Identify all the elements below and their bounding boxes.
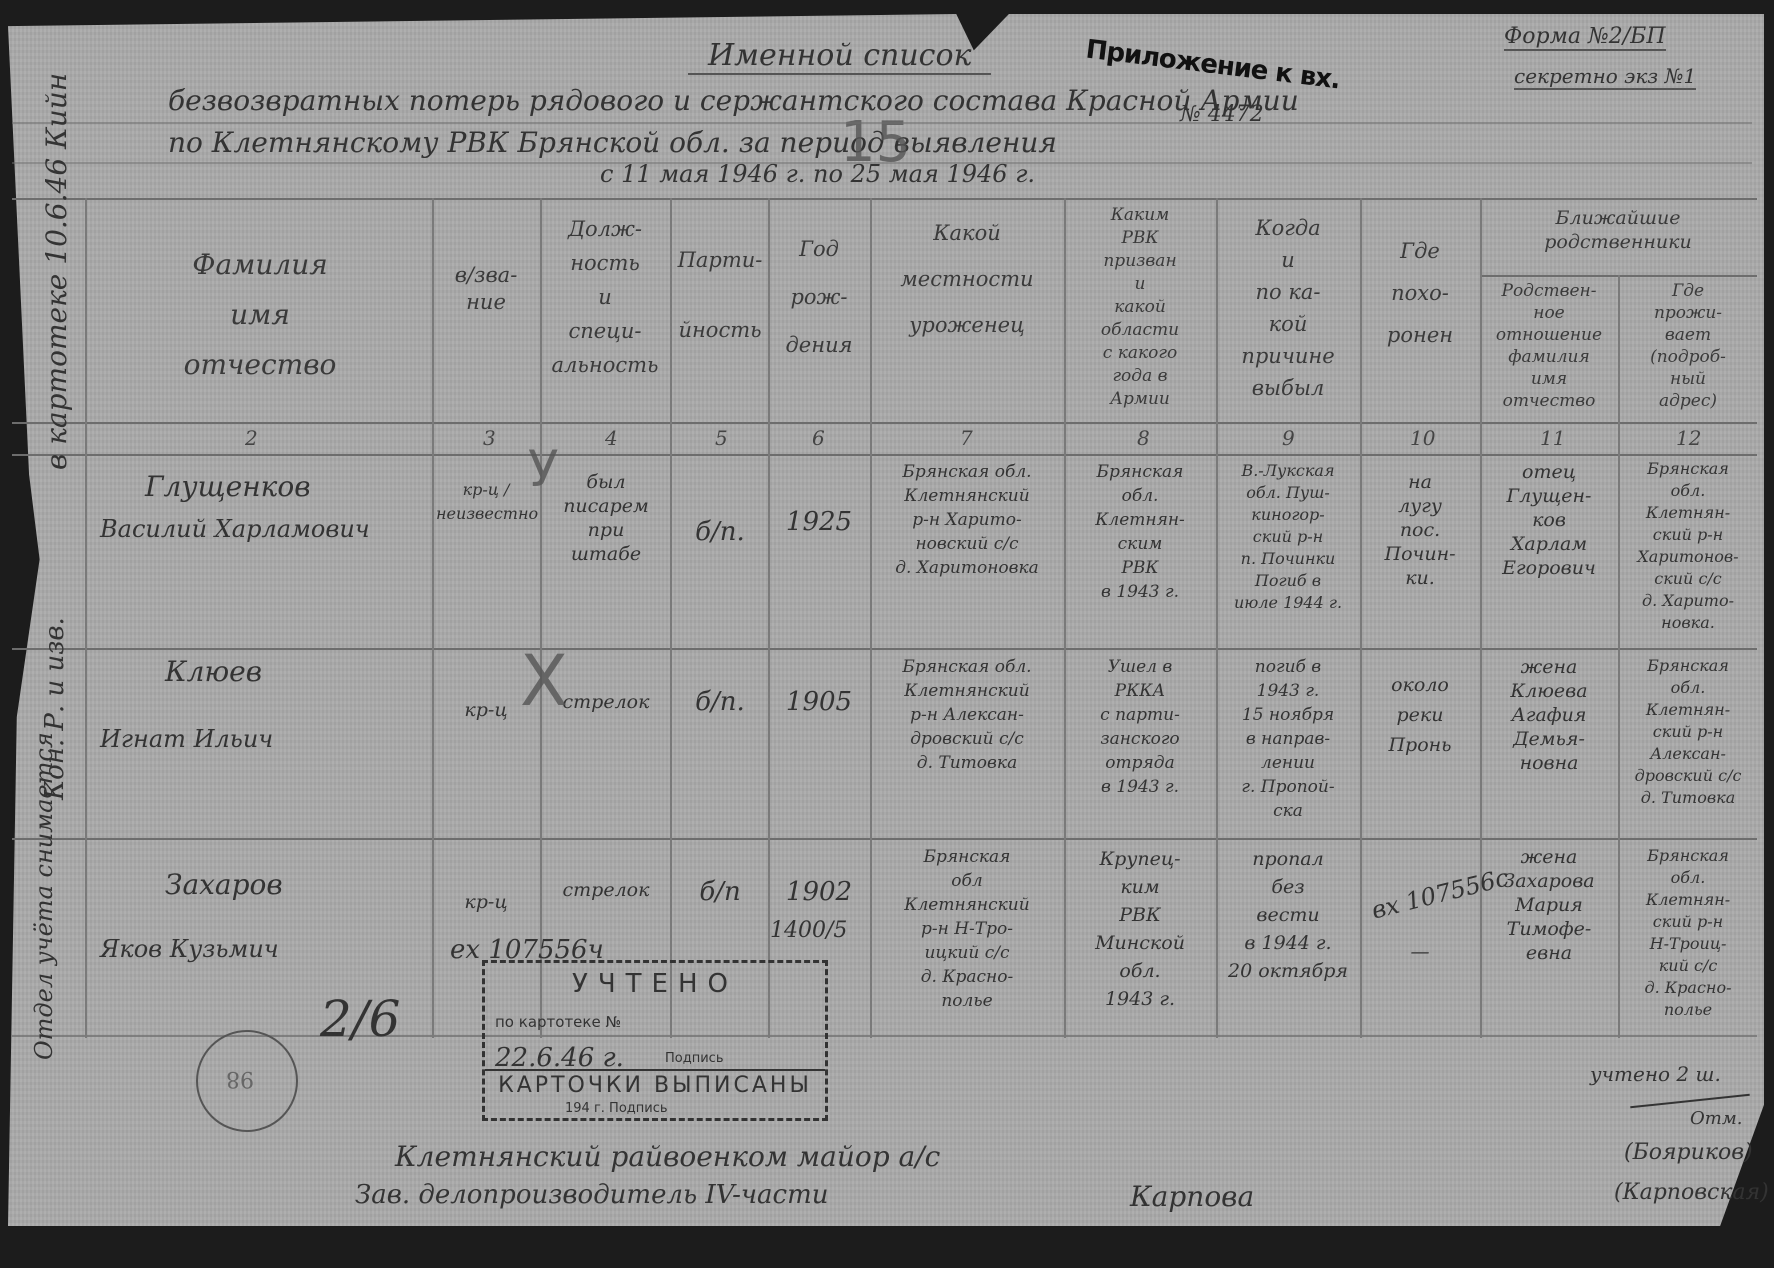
column-header-name: Фамилия имя отчество bbox=[100, 240, 420, 390]
right-note-mark: Отм. bbox=[1690, 1108, 1742, 1129]
row-birthplace: Брянская обл. Клетнянский р-н Харито- но… bbox=[872, 460, 1062, 580]
row-birthplace: Брянская обл. Клетнянский р-н Алексан- д… bbox=[872, 655, 1062, 775]
row-buried: на лугу пос. Почин- ки. bbox=[1362, 470, 1478, 590]
column-header-buried: Где похо- ронен bbox=[1362, 230, 1478, 356]
row-surname: Клюев bbox=[165, 655, 262, 688]
column-number: 7 bbox=[960, 426, 973, 450]
column-header-drafted: Каким РВК призван и какой области с како… bbox=[1066, 204, 1214, 411]
clerk-signature: Карпова bbox=[1130, 1180, 1254, 1213]
row-relative: жена Захарова Мария Тимофе- евна bbox=[1482, 845, 1616, 965]
row-rank: кр-ц / неизвестно bbox=[436, 478, 536, 526]
subtitle-line-3: с 11 мая 1946 г. по 25 мая 1946 г. bbox=[600, 160, 1035, 188]
row-departed: погиб в 1943 г. 15 ноября в направ- лени… bbox=[1218, 655, 1358, 823]
row-address: Брянская обл. Клетнян- ский р-н Харитоно… bbox=[1620, 458, 1756, 634]
row-birth-year: 1925 bbox=[770, 510, 868, 534]
column-number: 4 bbox=[605, 426, 618, 450]
row-given-name: Яков Кузьмич bbox=[100, 935, 279, 963]
stamp-signature-label: Подпись bbox=[665, 1051, 723, 1066]
footer-line-clerk: Зав. делопроизводитель IV-части bbox=[355, 1180, 829, 1210]
stamp-card-index: по картотеке № bbox=[495, 1013, 621, 1031]
table-top-border bbox=[12, 198, 1757, 200]
column-number: 6 bbox=[812, 426, 825, 450]
row-relative: отец Глущен- ков Харлам Егорович bbox=[1482, 460, 1616, 580]
footer-line-commissar: Клетнянский райвоенком майор а/с bbox=[395, 1140, 940, 1173]
margin-note-bottom: Отдел учёта снимается bbox=[30, 732, 58, 1060]
row-birth-year: 1905 bbox=[770, 690, 868, 714]
right-note-registered: учтено 2 ш. bbox=[1590, 1062, 1721, 1086]
column-number: 9 bbox=[1282, 426, 1295, 450]
row-birth-year: 1902 bbox=[770, 880, 868, 904]
signature-karpovskaya: (Карповская) bbox=[1614, 1180, 1769, 1205]
row-party: б/п bbox=[672, 880, 768, 904]
column-header-party: Парти- йность bbox=[672, 225, 768, 365]
row-surname: Глущенков bbox=[145, 470, 311, 503]
row-address: Брянская обл. Клетнян- ский р-н Алексан-… bbox=[1620, 655, 1756, 809]
row-position: был писарем при штабе bbox=[544, 470, 668, 566]
column-header-relative: Родствен- ное отношение фамилия имя отче… bbox=[1482, 280, 1616, 412]
column-header-rank: в/зва- ние bbox=[436, 262, 536, 316]
row-annotation: 1400/5 bbox=[770, 918, 847, 943]
row-relative: жена Клюева Агафия Демья- новна bbox=[1482, 655, 1616, 775]
row-given-name: Василий Харламович bbox=[100, 515, 370, 543]
column-header-address: Где прожи- вает (подроб- ный адрес) bbox=[1620, 280, 1756, 412]
column-number: 11 bbox=[1540, 426, 1565, 450]
row-party: б/п. bbox=[672, 690, 768, 714]
fraction-note: 2/6 bbox=[320, 990, 400, 1048]
column-number: 8 bbox=[1137, 426, 1150, 450]
row-party: б/п. bbox=[672, 520, 768, 544]
row-address: Брянская обл. Клетнян- ский р-н Н-Троиц-… bbox=[1620, 845, 1756, 1021]
stamp-title: УЧТЕНО bbox=[485, 969, 825, 999]
row-given-name: Игнат Ильич bbox=[100, 725, 273, 753]
subtitle-line-1: безвозвратных потерь рядового и сержантс… bbox=[168, 84, 1299, 117]
registration-stamp: УЧТЕНО по картотеке № 22.6.46 г. Подпись… bbox=[482, 960, 828, 1121]
signature-bojarikov: (Бояриков) bbox=[1624, 1140, 1753, 1165]
row-departed: пропал без вести в 1944 г. 20 октября bbox=[1218, 845, 1358, 985]
margin-note-top: в картотеке 10.6.46 Кийн bbox=[40, 73, 73, 470]
row-drafted: Брянская обл. Клетнян- ским РВК в 1943 г… bbox=[1066, 460, 1214, 604]
column-header-birthplace: Какой местности уроженец bbox=[872, 210, 1062, 348]
column-number: 3 bbox=[483, 426, 496, 450]
round-stamp: 98 bbox=[196, 1030, 298, 1132]
document-title: Именной список bbox=[688, 38, 991, 75]
column-header-relatives-group: Ближайшие родственники bbox=[1482, 206, 1754, 254]
stamp-cards-issued: КАРТОЧКИ ВЫПИСАНЫ bbox=[485, 1069, 825, 1098]
pencil-mark-top: 15 bbox=[840, 110, 911, 175]
column-number: 10 bbox=[1410, 426, 1435, 450]
row-rank: кр-ц bbox=[436, 890, 536, 914]
secrecy-label: секретно экз №1 bbox=[1514, 64, 1696, 90]
row-drafted: Крупец- ким РВК Минской обл. 1943 г. bbox=[1066, 845, 1214, 1013]
check-mark: У bbox=[528, 440, 558, 498]
subtitle-line-2: по Клетнянскому РВК Брянской обл. за пер… bbox=[168, 126, 1057, 159]
column-number: 12 bbox=[1676, 426, 1701, 450]
row-drafted: Ушел в РККА с парти- занского отряда в 1… bbox=[1066, 655, 1214, 799]
column-number: 2 bbox=[245, 426, 258, 450]
column-header-departed: Когда и по ка- кой причине выбыл bbox=[1218, 212, 1358, 404]
row-surname: Захаров bbox=[165, 868, 283, 901]
row-birthplace: Брянская обл Клетнянский р-н Н-Тро- ицки… bbox=[872, 845, 1062, 1013]
row-position: стрелок bbox=[544, 878, 668, 902]
column-header-position: Долж- ность и специ- альность bbox=[544, 212, 666, 382]
column-header-birth-year: Год рож- дения bbox=[770, 225, 868, 369]
row-buried: — bbox=[1362, 940, 1478, 964]
form-number: Форма №2/БП bbox=[1504, 24, 1666, 51]
column-number: 5 bbox=[715, 426, 728, 450]
row-departed: В.-Лукская обл. Пуш- киногор- ский р-н п… bbox=[1218, 460, 1358, 614]
stamp-footer: 194 г. Подпись bbox=[565, 1101, 668, 1116]
row-buried: около реки Пронь bbox=[1362, 670, 1478, 760]
cross-mark: X bbox=[520, 640, 568, 722]
